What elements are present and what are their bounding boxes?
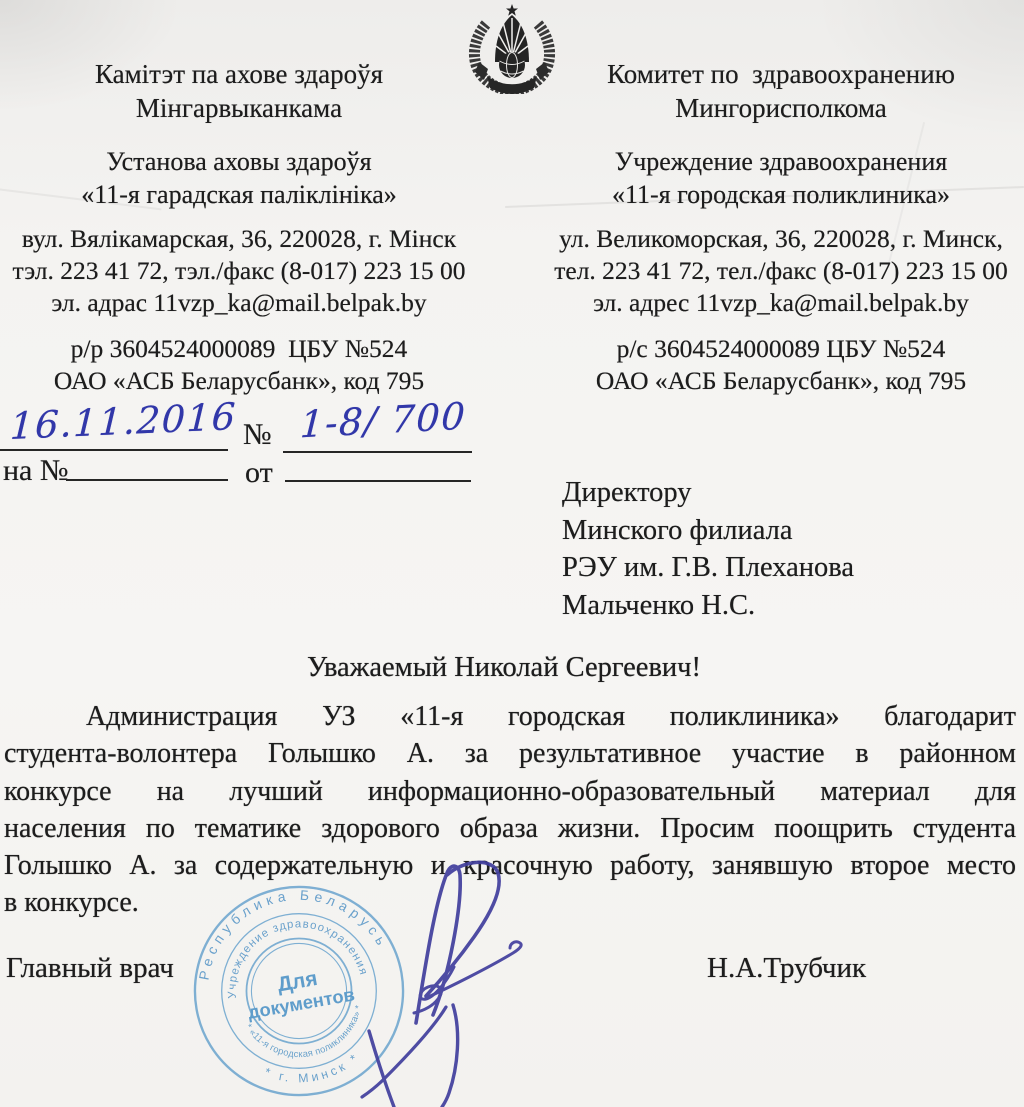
signer-title: Главный врач — [6, 952, 174, 985]
handwritten-signature — [350, 845, 570, 1107]
from-date-rule — [285, 480, 471, 482]
org-line: Мингорисполкома — [538, 92, 1024, 126]
bank-name-line: ОАО «АСБ Беларусбанк», код 795 — [538, 365, 1024, 397]
reply-number-rule — [66, 479, 228, 481]
email-line: эл. адрас 11vzp_ka@mail.belpak.by — [0, 287, 478, 319]
date-rule — [0, 449, 228, 451]
institution-line: Установа аховы здароўя — [0, 145, 478, 178]
institution-line: Учреждение здравоохранения — [538, 145, 1024, 178]
phone-line: тэл. 223 41 72, тэл./факс (8-017) 223 15… — [0, 255, 478, 287]
org-line: Мінгарвыканкама — [0, 92, 478, 126]
signer-name: Н.А.Трубчик — [707, 952, 866, 985]
letterhead-russian: Комитет по здравоохранению Мингорисполко… — [538, 58, 1024, 397]
recipient-block: Директору Минского филиала РЭУ им. Г.В. … — [562, 474, 854, 624]
body-line: населения по тематике здорового образа ж… — [4, 810, 1016, 847]
recipient-line: Мальченко Н.С. — [562, 587, 854, 625]
handwritten-number: 1-8/ 700 — [299, 395, 467, 447]
bank-account-line: р/с 3604524000089 ЦБУ №524 — [538, 333, 1024, 365]
handwritten-date: 16.11.2016 — [9, 395, 238, 448]
from-label: от — [245, 456, 273, 490]
phone-line: тел. 223 41 72, тел./факс (8-017) 223 15… — [538, 255, 1024, 287]
letterhead-belarusian: Камітэт па ахове здароўя Мінгарвыканкама… — [0, 58, 478, 397]
org-line: Комитет по здравоохранению — [538, 58, 1024, 92]
address-line: ул. Великоморская, 36, 220028, г. Минск, — [538, 223, 1024, 255]
number-label: № — [243, 418, 272, 452]
body-line: Администрация УЗ «11-я городская поликли… — [4, 698, 1016, 735]
salutation: Уважаемый Николай Сергеевич! — [0, 652, 1008, 684]
address-line: вул. Вялікамарская, 36, 220028, г. Мінск — [0, 223, 478, 255]
bank-account-line: р/р 3604524000089 ЦБУ №524 — [0, 333, 478, 365]
body-line: конкурсе на лучший информационно-образов… — [4, 773, 1016, 810]
email-line: эл. адрес 11vzp_ka@mail.belpak.by — [538, 287, 1024, 319]
recipient-line: Минского филиала — [562, 512, 854, 550]
body-line: студента-волонтера Голышко А. за результ… — [4, 735, 1016, 772]
org-line: Камітэт па ахове здароўя — [0, 58, 478, 92]
scanned-official-letter: Камітэт па ахове здароўя Мінгарвыканкама… — [0, 0, 1024, 1107]
recipient-line: Директору — [562, 474, 854, 512]
bank-name-line: ОАО «АСБ Беларусбанк», код 795 — [0, 365, 478, 397]
institution-line: «11-я городская поликлиника» — [538, 178, 1024, 211]
institution-line: «11-я гарадская паліклініка» — [0, 178, 478, 211]
reply-to-label: на № — [3, 454, 69, 488]
recipient-line: РЭУ им. Г.В. Плеханова — [562, 549, 854, 587]
number-rule — [283, 451, 472, 453]
